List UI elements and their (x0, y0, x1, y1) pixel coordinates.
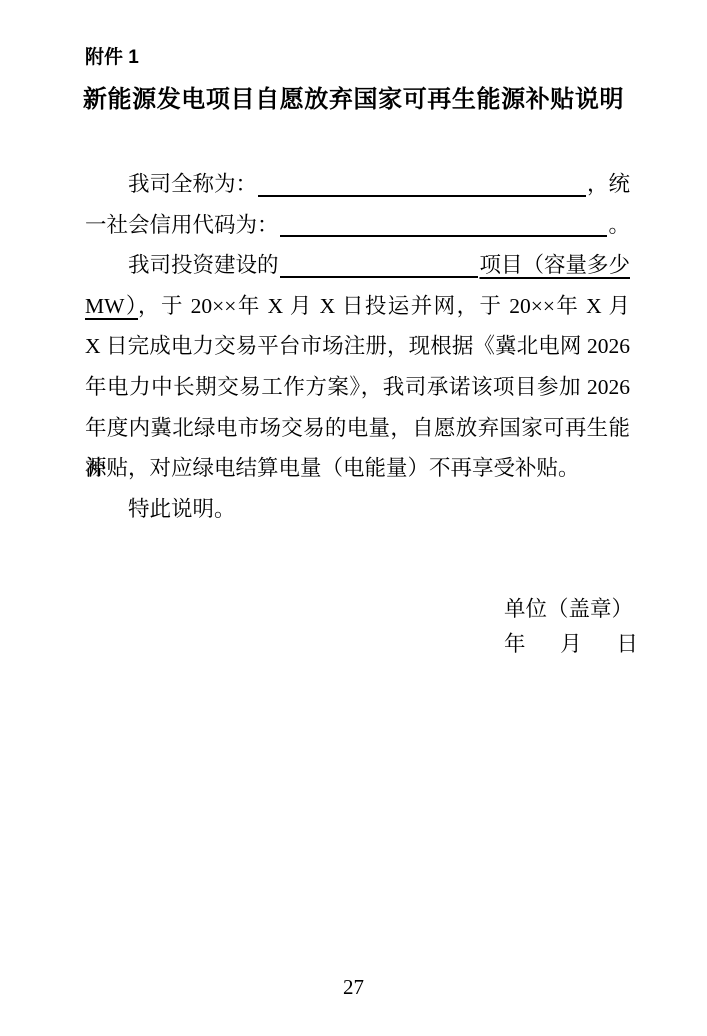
para2-line3: X 日完成电力交易平台市场注册，现根据《冀北电网 2026 (85, 326, 630, 367)
credit-code-label: 一社会信用代码为： (85, 205, 279, 246)
para2-line2: MW），于 20××年 X 月 X 日投运并网，于 20××年 X 月 (85, 286, 630, 327)
date-year-label: 年 (504, 627, 526, 662)
date-line: 年 月 日 (504, 627, 638, 662)
credit-code-blank (280, 205, 608, 238)
para1-line2-tail: 。 (608, 205, 630, 246)
page-number: 27 (0, 974, 707, 1000)
company-name-label: 我司全称为： (128, 164, 257, 205)
para2-line2-underlined-lead: MW） (85, 294, 138, 318)
company-name-blank (258, 164, 586, 197)
attachment-label: 附件 1 (85, 46, 139, 70)
signature-block: 单位（盖章） 年 月 日 (504, 592, 638, 662)
closing-statement: 特此说明。 (85, 489, 630, 530)
para1-line2: 一社会信用代码为： 。 (85, 205, 630, 246)
project-built-label: 我司投资建设的 (128, 245, 279, 286)
date-month-label: 月 (560, 627, 582, 662)
para2-line2-rest: ，于 20××年 X 月 X 日投运并网，于 20××年 X 月 (138, 294, 630, 318)
document-title: 新能源发电项目自愿放弃国家可再生能源补贴说明 (0, 84, 707, 116)
unit-seal-label: 单位（盖章） (504, 592, 638, 627)
project-name-blank (280, 245, 479, 278)
para2-line6: 补贴，对应绿电结算电量（电能量）不再享受补贴。 (85, 448, 630, 489)
document-body: 我司全称为： ，统 一社会信用代码为： 。 我司投资建设的 项目（容量多少 MW… (85, 164, 630, 529)
para2-line1: 我司投资建设的 项目（容量多少 (85, 245, 630, 286)
para2-line5: 年度内冀北绿电市场交易的电量，自愿放弃国家可再生能源 (85, 408, 630, 449)
para2-line1-underlined-tail: 项目（容量多少 (479, 245, 630, 286)
document-page: 附件 1 新能源发电项目自愿放弃国家可再生能源补贴说明 我司全称为： ，统 一社… (0, 0, 707, 1036)
para1-line1: 我司全称为： ，统 (85, 164, 630, 205)
para2-line4: 年电力中长期交易工作方案》，我司承诺该项目参加 2026 (85, 367, 630, 408)
para1-line1-tail: ，统 (587, 164, 630, 205)
date-day-label: 日 (616, 627, 638, 662)
